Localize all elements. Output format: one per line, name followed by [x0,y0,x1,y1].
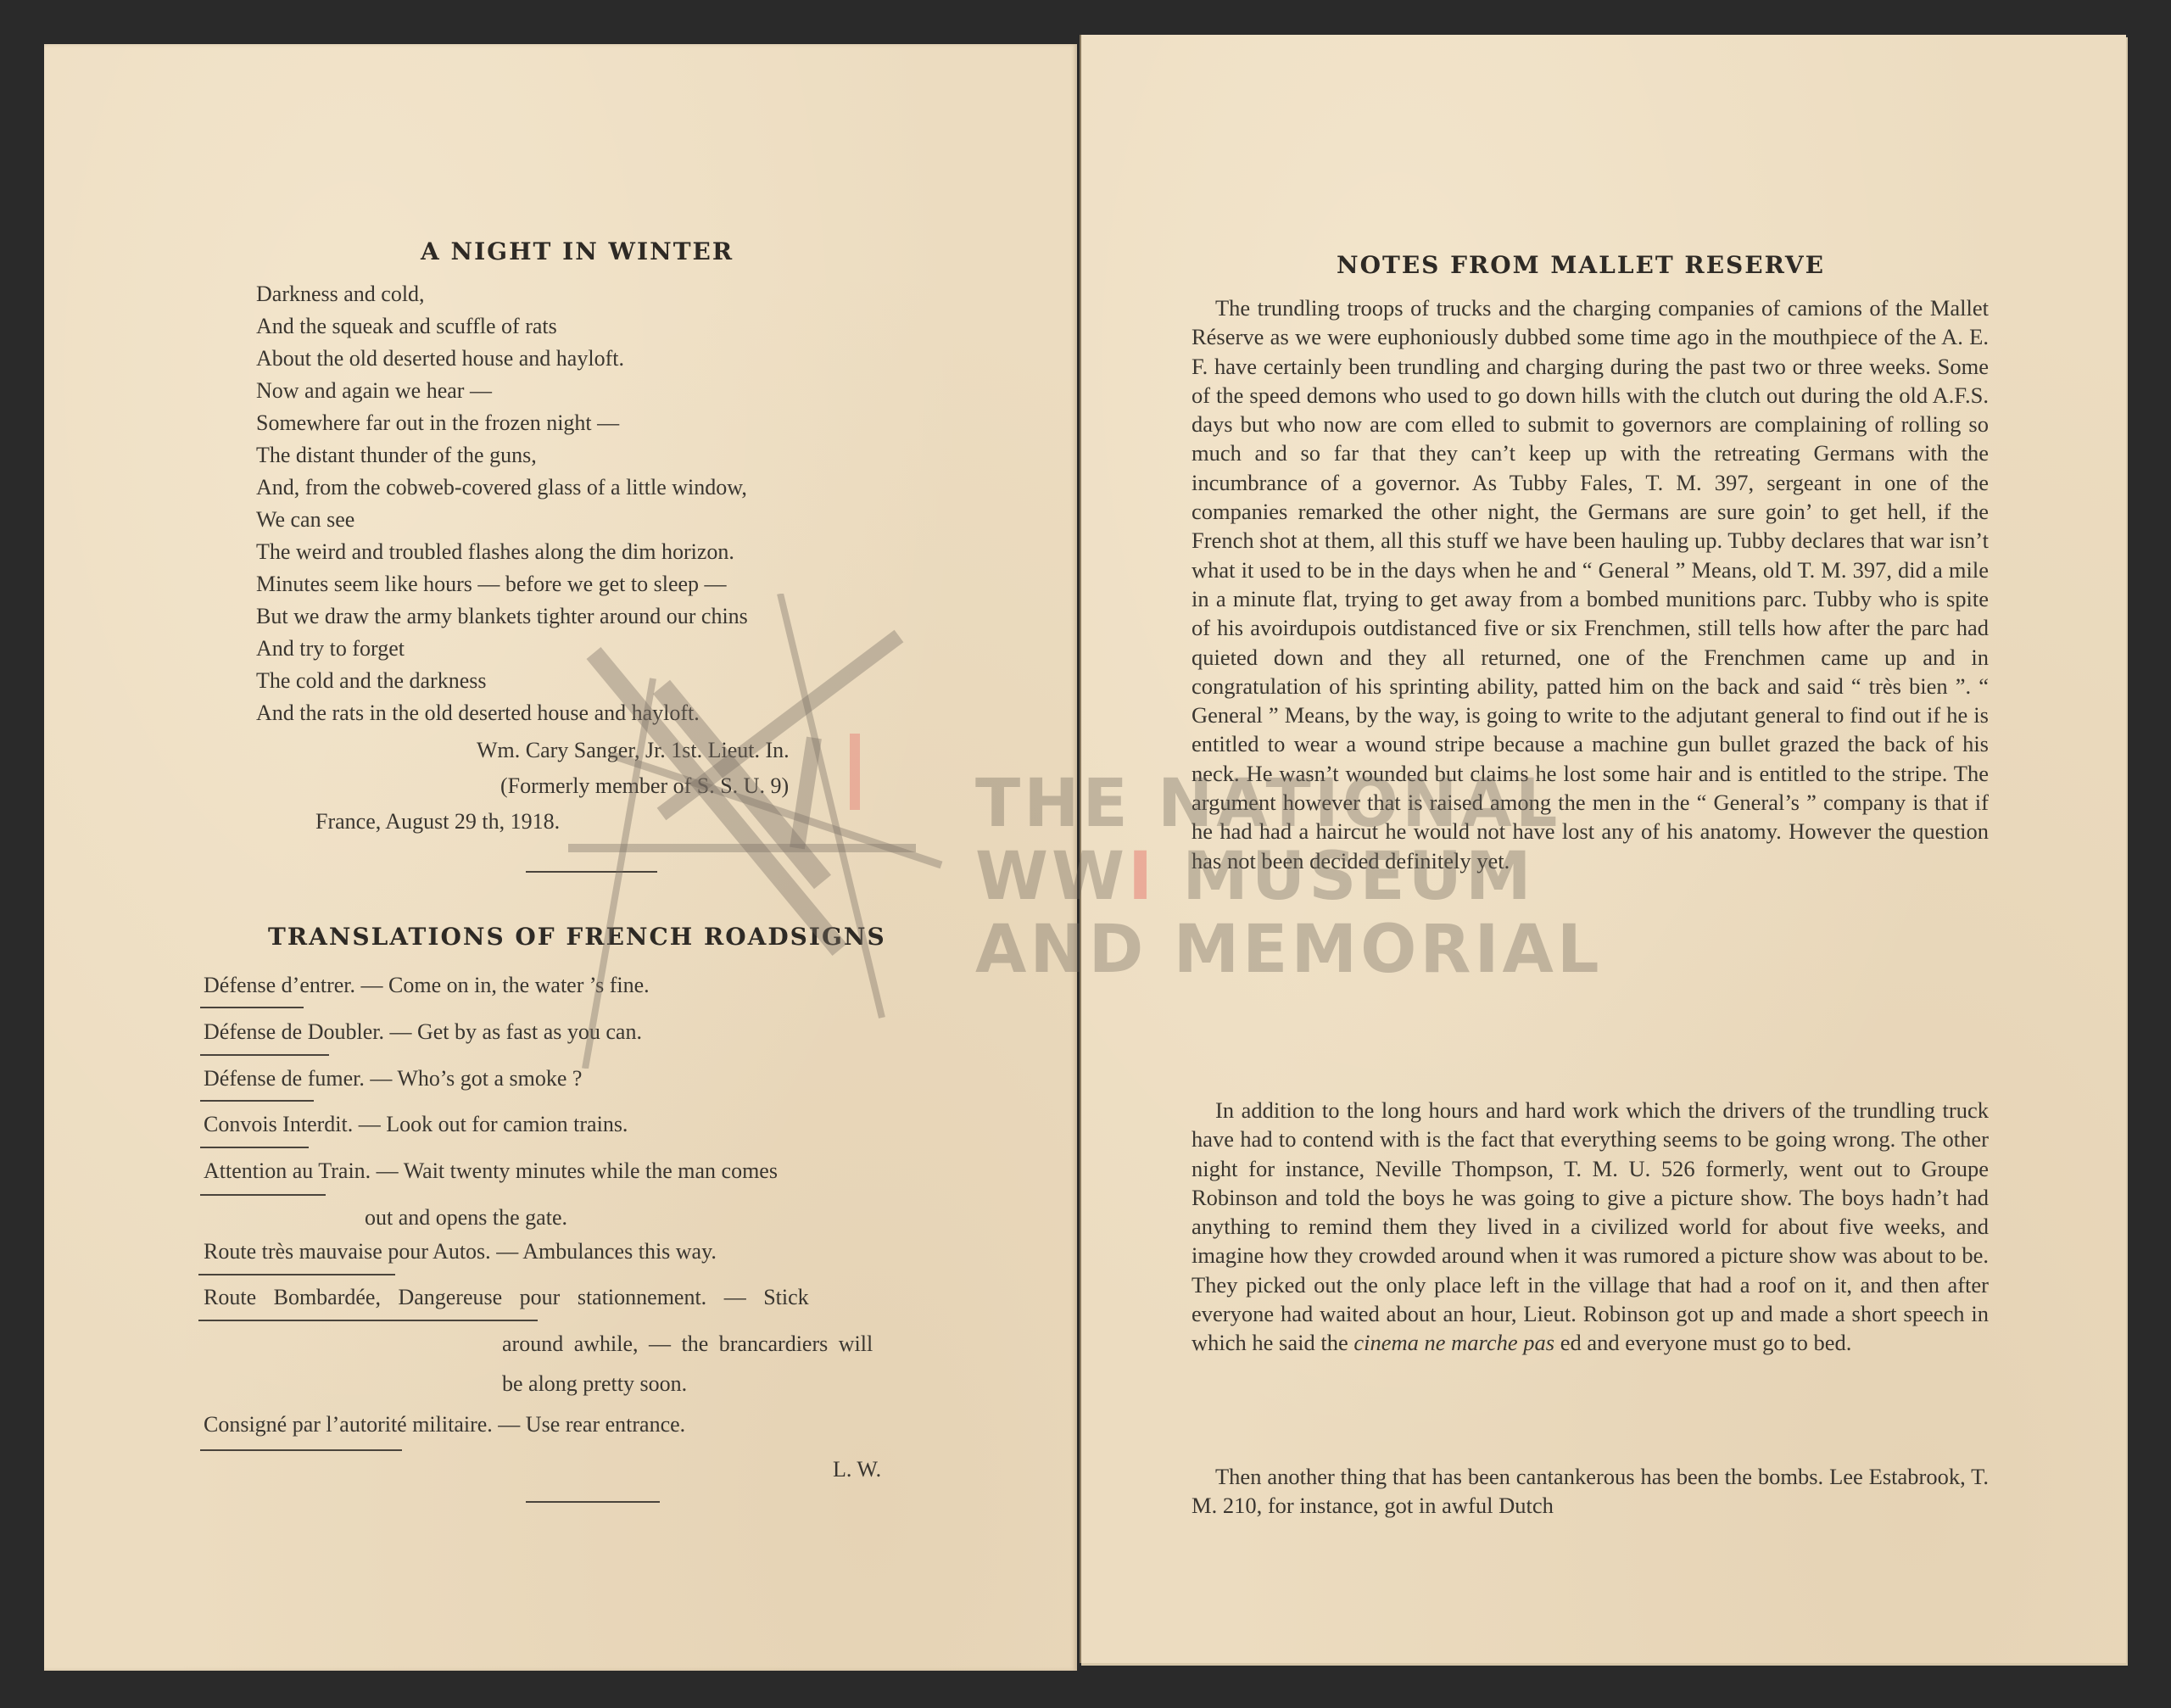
poem-line: Minutes seem like hours — before we get … [256,572,727,597]
roadsign-french: Consigné par l’autorité militaire. [204,1412,493,1437]
underline [200,1054,329,1056]
roadsign-french: Route Bombardée, Dangereuse pour station… [204,1285,706,1309]
underline [200,1100,314,1102]
poem-dateline: France, August 29 th, 1918. [315,809,560,834]
roadsign-entry: Consigné par l’autorité militaire. — Use… [204,1412,685,1437]
poem-line: And the squeak and scuffle of rats [256,314,557,339]
section-divider [526,871,657,873]
notes-paragraph-1: The trundling troops of trucks and the c… [1192,293,1989,875]
roadsign-english: — Get by as fast as you can. [389,1019,641,1044]
poem-line: Somewhere far out in the frozen night — [256,410,619,436]
notes-title: NOTES FROM MALLET RESERVE [1337,251,1825,279]
roadsign-french: Convois Interdit. [204,1112,353,1136]
roadsign-english: — Look out for camion trains. [359,1112,628,1136]
poem-title: A NIGHT IN WINTER [421,237,734,265]
poem-line: The weird and troubled flashes along the… [256,539,734,565]
roadsign-english: — Wait twenty minutes while the man come… [377,1158,778,1183]
roadsign-english: — Stick [724,1285,809,1309]
poem-line: About the old deserted house and hayloft… [256,346,624,371]
underline [198,1320,538,1321]
section-divider [526,1501,660,1503]
underline [200,1147,309,1148]
roadsign-french: Défense de fumer. [204,1066,365,1091]
roadsign-entry: Attention au Train. — Wait twenty minute… [204,1158,778,1184]
poem-line: Now and again we hear — [256,378,492,404]
poem-line: And try to forget [256,636,405,661]
roadsign-french: Défense de Doubler. [204,1019,384,1044]
underline [200,1449,402,1451]
underline [198,1274,395,1275]
roadsign-entry: Défense d’entrer. — Come on in, the wate… [204,973,650,998]
roadsign-french: Défense d’entrer. [204,973,355,997]
roadsign-english: — Use rear entrance. [498,1412,685,1437]
poem-author-note: (Formerly member of S. S. U. 9) [500,773,789,799]
notes-paragraph-3: Then another thing that has been cantank… [1192,1462,1989,1521]
roadsign-entry: Défense de Doubler. — Get by as fast as … [204,1019,642,1045]
poem-line: Darkness and cold, [256,282,425,307]
underline [200,1007,304,1008]
roadsign-french: Route très mauvaise pour Autos. [204,1239,491,1264]
roadsigns-signature: L. W. [833,1457,881,1482]
roadsign-french: Attention au Train. [204,1158,371,1183]
poem-line: The distant thunder of the guns, [256,443,537,468]
roadsign-continuation: out and opens the gate. [365,1205,567,1231]
roadsign-english: — Ambulances this way. [496,1239,717,1264]
roadsign-entry: Route Bombardée, Dangereuse pour station… [204,1285,809,1310]
roadsigns-title: TRANSLATIONS OF FRENCH ROADSIGNS [268,923,886,951]
roadsign-continuation: around awhile, — the brancardiers will [502,1331,873,1357]
roadsign-entry: Convois Interdit. — Look out for camion … [204,1112,628,1137]
roadsign-english: — Who’s got a smoke ? [370,1066,582,1091]
roadsign-entry: Route très mauvaise pour Autos. — Ambula… [204,1239,717,1264]
poem-line: The cold and the darkness [256,668,486,694]
roadsign-continuation: be along pretty soon. [502,1371,687,1397]
poem-author: Wm. Cary Sanger, Jr. 1st. Lieut. In. [477,738,790,763]
italic-phrase: cinema ne marche pas [1353,1330,1554,1355]
poem-line: We can see [256,507,354,533]
poem-line: But we draw the army blankets tighter ar… [256,604,748,629]
poem-line: And the rats in the old deserted house a… [256,701,700,726]
notes-paragraph-2: In addition to the long hours and hard w… [1192,1096,1989,1358]
underline [200,1194,326,1196]
poem-line: And, from the cobweb-covered glass of a … [256,475,747,500]
roadsign-entry: Défense de fumer. — Who’s got a smoke ? [204,1066,582,1091]
roadsign-english: — Come on in, the water ’s fine. [361,973,650,997]
